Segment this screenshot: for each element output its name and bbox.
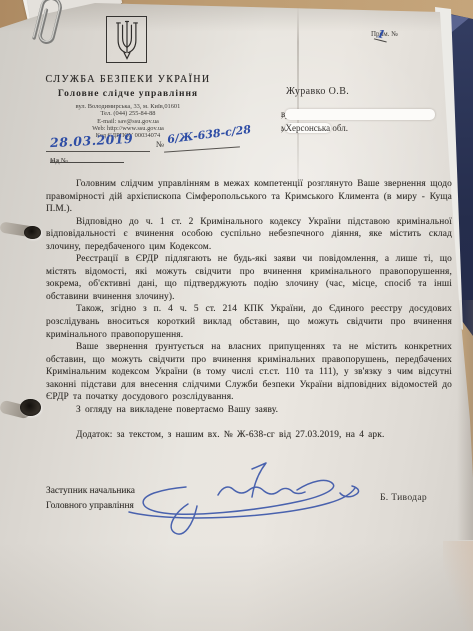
body-paragraph: Також, згідно з п. 4 ч. 5 ст. 214 КПК Ук…: [46, 303, 452, 341]
number-sign: №: [156, 139, 164, 149]
date-underline: [46, 151, 150, 152]
address-phone: Тел. (044) 255-84-88: [28, 110, 228, 117]
body-paragraph: Реєстрації в ЄРДР підлягають не будь-які…: [46, 253, 452, 303]
paper-crease: [297, 6, 299, 206]
table-corner-glow: [443, 541, 473, 631]
punch-hole: [20, 399, 41, 416]
handwritten-copy-number: 1: [374, 29, 389, 43]
body-paragraph: Відповідно до ч. 1 ст. 2 Кримінального к…: [46, 216, 452, 254]
ukraine-trident-icon: [112, 20, 142, 60]
organization-name: СЛУЖБА БЕЗПЕКИ УКРАЇНИ: [28, 74, 228, 85]
photo-of-document: СЛУЖБА БЕЗПЕКИ УКРАЇНИ Головне слідче уп…: [0, 0, 473, 631]
letter-body: Головним слідчим управлінням в межах ком…: [46, 178, 452, 442]
attachment-note: Додаток: за текстом, з нашим вх. № Ж-638…: [46, 429, 452, 442]
address-email: E-mail: sav@ssu.gov.ua: [28, 118, 228, 125]
region-label: , Херсонська обл.: [281, 123, 348, 133]
handwritten-signature: [112, 452, 378, 552]
body-paragraph: Ваше звернення ґрунтується на власних пр…: [46, 341, 452, 404]
blank-line: [50, 156, 124, 163]
recipient-name: Журавко О.В.: [286, 86, 349, 97]
signer-name: Б. Тиводар: [380, 492, 427, 503]
street-comma: ,: [281, 109, 283, 119]
copy-number-line: Прим. №1: [371, 30, 388, 41]
punch-hole: [24, 226, 41, 239]
body-paragraph: Головним слідчим управлінням в межах ком…: [46, 178, 452, 216]
address-street: вул. Володимирська, 33, м. Київ,01601: [28, 103, 228, 110]
department-name: Головне слідче управління: [28, 89, 228, 99]
redaction-box: [285, 109, 435, 120]
paper-edge-shadow: [457, 300, 473, 540]
body-paragraph: З огляду на викладене повертаємо Вашу за…: [46, 404, 452, 417]
coat-of-arms-frame: [106, 16, 147, 63]
